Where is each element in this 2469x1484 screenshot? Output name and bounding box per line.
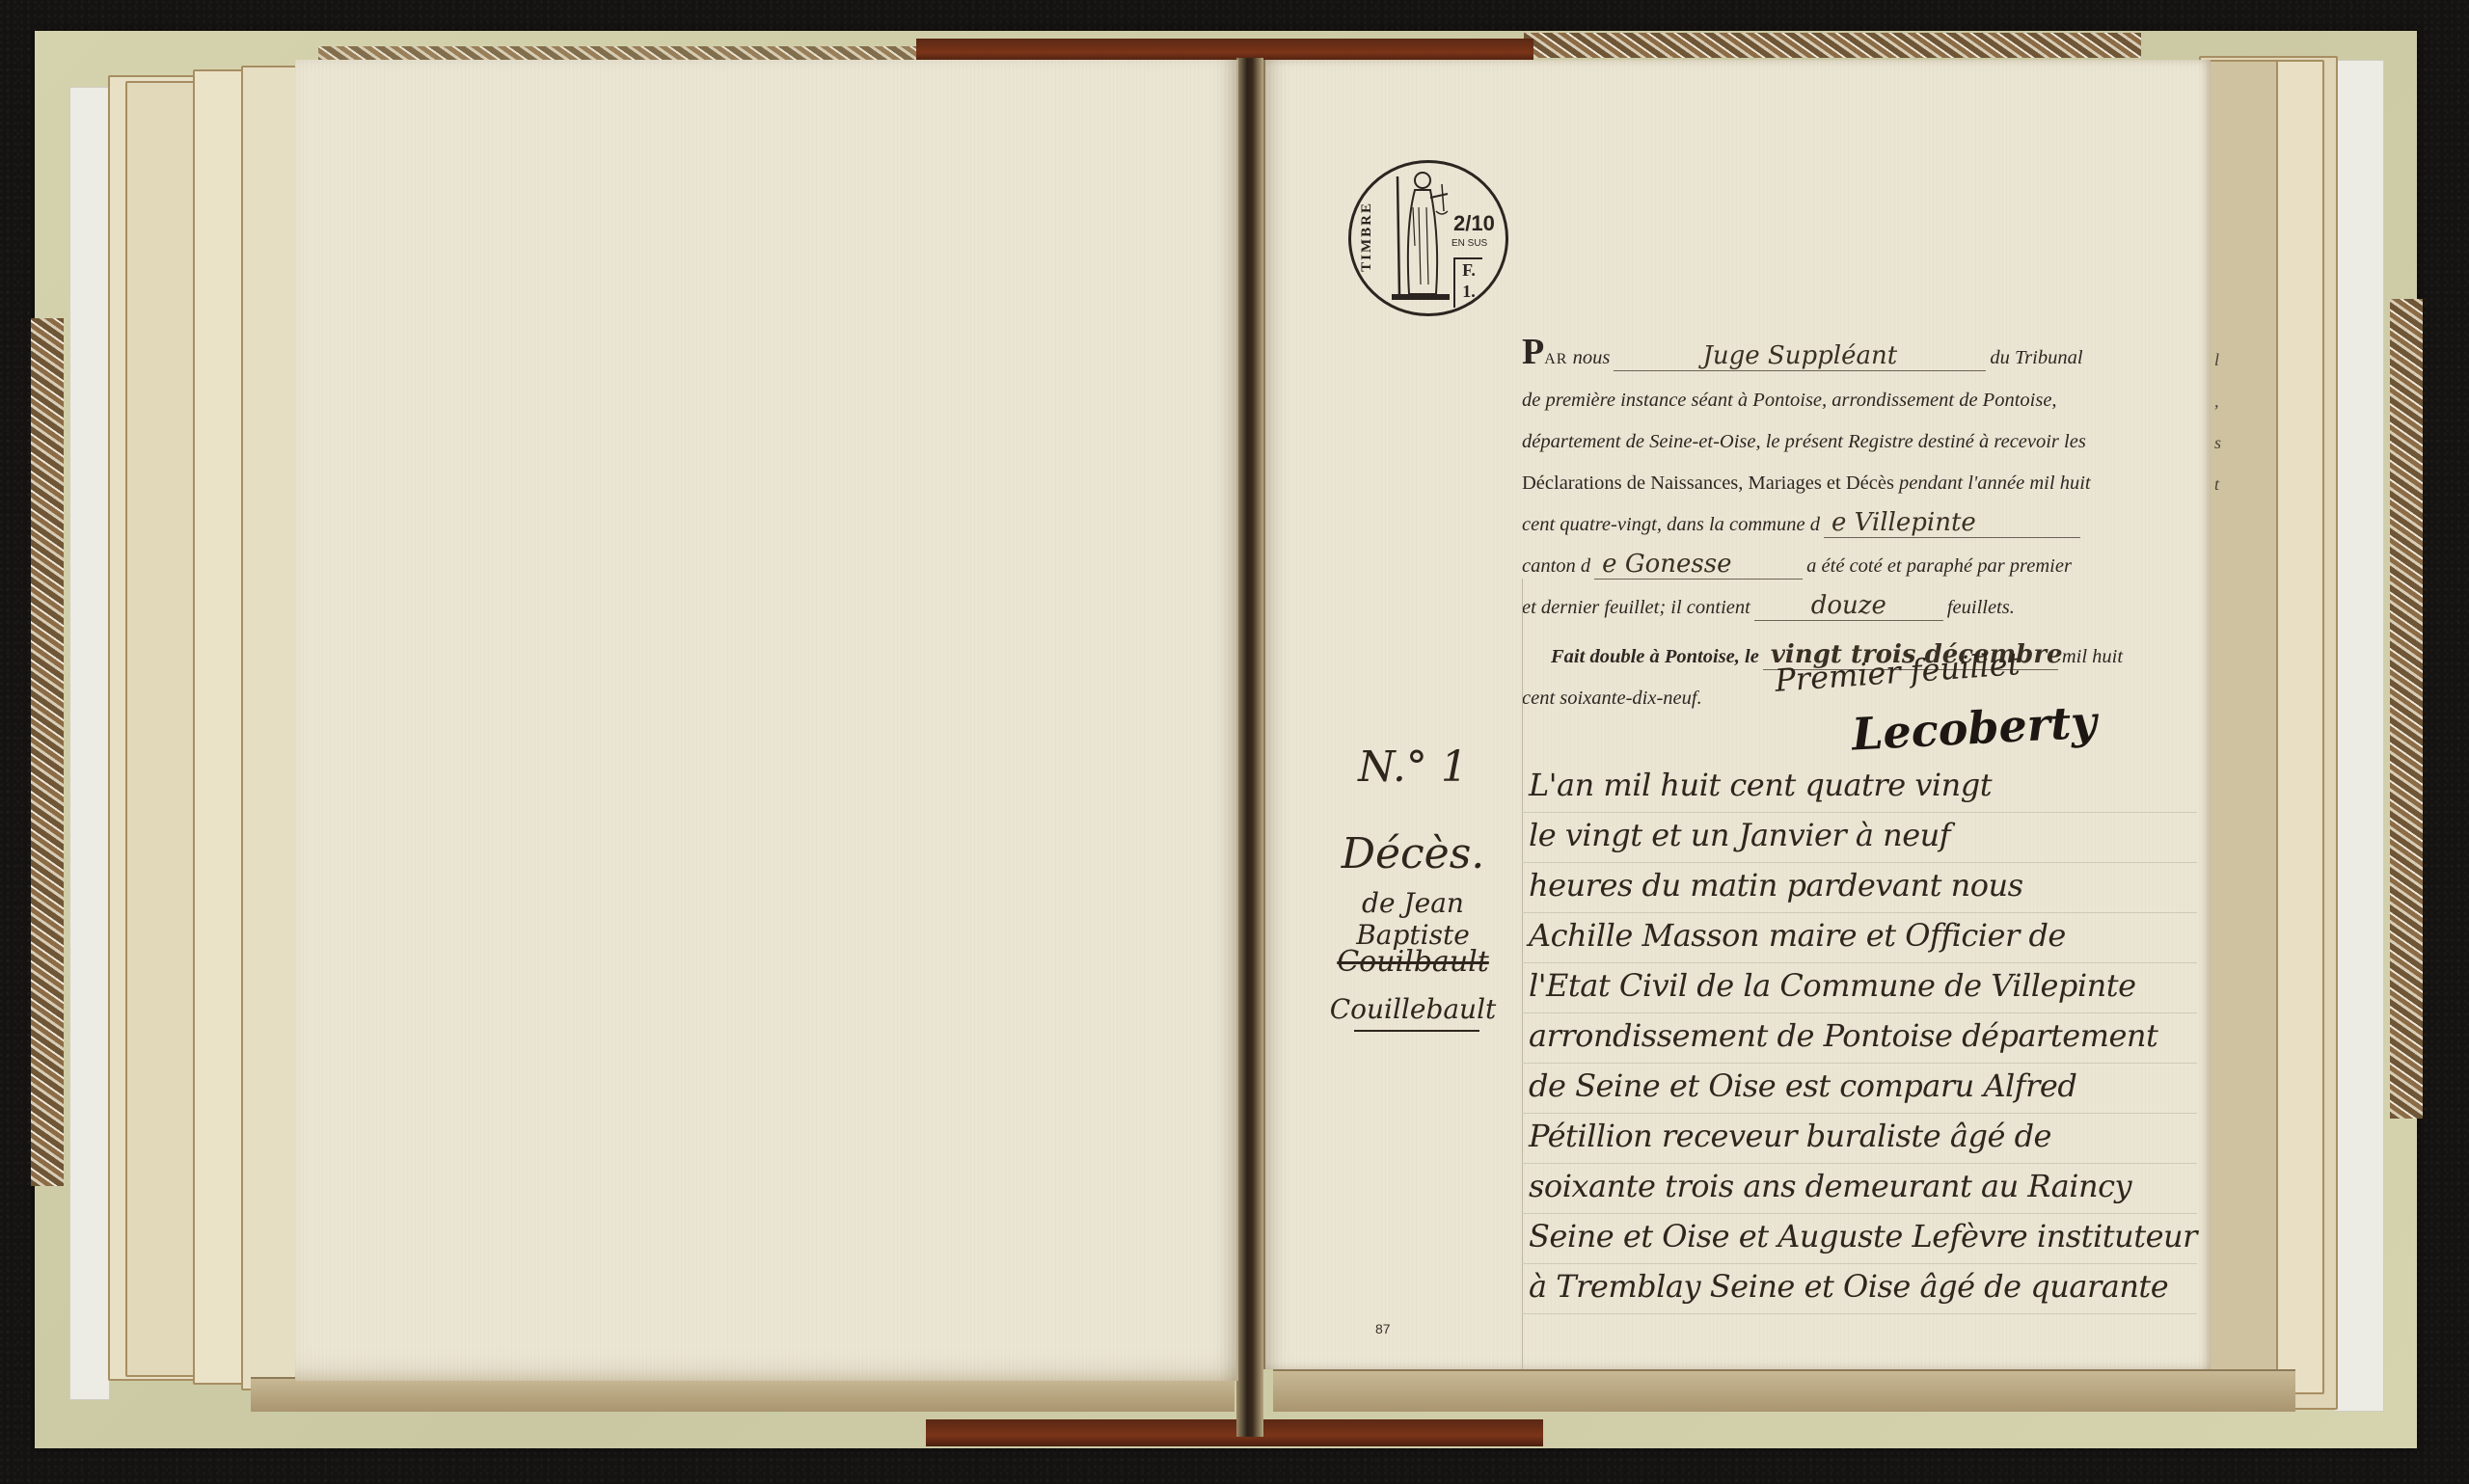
header-line-6: canton d e Gonesse a été coté et paraphé… [1522, 546, 2163, 587]
margin-entry-surname-struck: Couilbault [1312, 945, 1514, 979]
record-line: Pétillion receveur buraliste âgé de [1529, 1111, 2204, 1161]
field-commune: e Villepinte [1824, 508, 2080, 538]
margin-rule [1522, 579, 1523, 1369]
field-sheet-count: douze [1754, 591, 1943, 621]
marbled-edge-left [31, 318, 64, 1186]
header-line-5: cent quatre-vingt, dans la commune d e V… [1522, 504, 2163, 546]
tax-stamp-timbre: TIMBRE 2/10 EN SUS F. 1. [1348, 160, 1508, 316]
header-line-7: et dernier feuillet; il contient douze f… [1522, 587, 2163, 629]
record-line: L'an mil huit cent quatre vingt [1529, 760, 2204, 810]
record-line: soixante trois ans demeurant au Raincy [1529, 1161, 2204, 1211]
margin-underline [1354, 1030, 1479, 1032]
margin-entry-type: Décès. [1312, 829, 1514, 878]
book-gutter [1236, 58, 1263, 1437]
margin-entry-surname-corrected: Couillebault [1312, 993, 1514, 1025]
stamp-denomination: F. 1. [1453, 257, 1482, 308]
record-line: arrondissement de Pontoise département [1529, 1011, 2204, 1061]
record-line: de Seine et Oise est comparu Alfred [1529, 1061, 2204, 1111]
endpaper-right [2334, 60, 2384, 1412]
header-line-4: Déclarations de Naissances, Mariages et … [1522, 463, 2163, 504]
stamp-label: TIMBRE [1359, 202, 1375, 272]
record-line: heures du matin pardevant nous [1529, 860, 2204, 910]
field-canton: e Gonesse [1594, 550, 1803, 580]
spine-band-top [916, 39, 1533, 62]
record-line: Seine et Oise et Auguste Lefèvre institu… [1529, 1211, 2204, 1261]
record-line: Achille Masson maire et Officier de [1529, 910, 2204, 960]
justice-figure-icon [1386, 169, 1453, 304]
marbled-edge-right [2390, 299, 2423, 1119]
stamp-value: 2/10 [1453, 213, 1495, 234]
field-judge-title: Juge Suppléant [1614, 341, 1986, 371]
page-bottom-edge-left [251, 1377, 1234, 1412]
ruled-line [1522, 1313, 2197, 1314]
margin-entry-number: N.° 1 [1312, 742, 1514, 792]
marbled-edge-top [1524, 33, 2141, 58]
bleed-through-text: l , s t [2214, 339, 2234, 505]
page-number: 87 [1375, 1321, 1391, 1336]
endpaper-left [69, 87, 110, 1400]
stamp-value-note: EN SUS [1452, 238, 1487, 249]
record-line: l'Etat Civil de la Commune de Villepinte [1529, 960, 2204, 1011]
page-bottom-edge-right [1273, 1369, 2295, 1412]
header-line-3: département de Seine-et-Oise, le présent… [1522, 421, 2163, 463]
page-stack-right-3 [2276, 60, 2324, 1394]
header-line-1: P AR nous Juge Suppléant du Tribunal [1522, 332, 2163, 380]
left-page-blank [295, 60, 1238, 1381]
record-line: le vingt et un Janvier à neuf [1529, 810, 2204, 860]
spine-band-bottom [926, 1419, 1543, 1446]
header-line-2: de première instance séant à Pontoise, a… [1522, 380, 2163, 421]
record-line: à Tremblay Seine et Oise âgé de quarante [1529, 1261, 2204, 1311]
margin-entry-name: de Jean Baptiste [1312, 887, 1514, 951]
handwritten-death-record: L'an mil huit cent quatre vingt le vingt… [1529, 760, 2204, 1311]
